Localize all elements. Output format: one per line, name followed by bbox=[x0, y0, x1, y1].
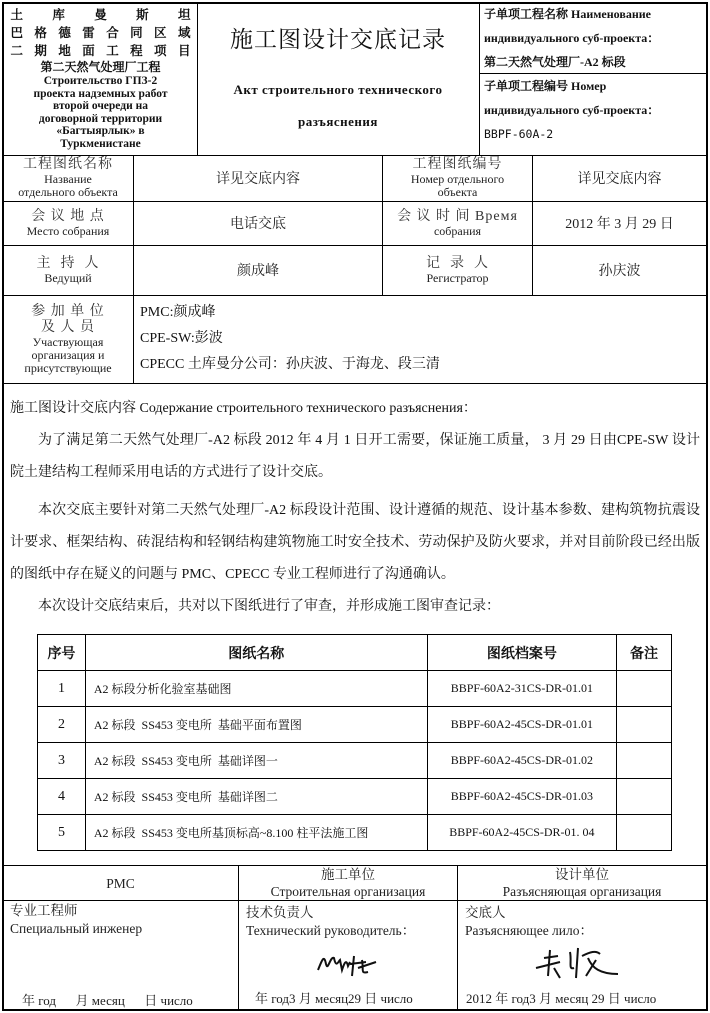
content-heading: 施工图设计交底内容 Содержание строительного техни… bbox=[10, 393, 700, 425]
participants-label: 参 加 单 位 及 人 员 Участвующая организация и … bbox=[3, 295, 133, 383]
meeting-time-label: 会 议 时 间 Время собрания bbox=[383, 201, 532, 245]
participant-entry: PMC:颜成峰 bbox=[140, 300, 440, 326]
host-value: 颜成峰 bbox=[134, 245, 382, 295]
cell-name: A2 标段 SS453 变电所 基础平面布置图 bbox=[85, 707, 427, 743]
project-cn-line3: 二 期 地 面 工 程 项 目 bbox=[11, 42, 191, 60]
char: 区 bbox=[154, 24, 167, 42]
cell-note bbox=[617, 671, 672, 707]
char: 库 bbox=[52, 6, 65, 24]
content-paragraph: 本次设计交底结束后，共对以下图纸进行了审查，并形成施工图审查记录： bbox=[10, 591, 700, 623]
table-row: 2 A2 标段 SS453 变电所 基础平面布置图 BBPF-60A2-45CS… bbox=[38, 707, 672, 743]
subproject-number-block: 子单项工程编号 Номер индивидуального суб-проект… bbox=[484, 74, 706, 146]
subproject-name-label: 子单项工程名称 Наименование bbox=[484, 2, 706, 26]
char: 期 bbox=[34, 42, 47, 60]
subproject-number-label: 子单项工程编号 Номер bbox=[484, 74, 706, 98]
char: 域 bbox=[178, 24, 191, 42]
drawing-name-label: 工程图纸名称 Название отдельного объекта bbox=[3, 155, 133, 201]
participant-entry: CPE-SW:彭波 bbox=[140, 326, 440, 352]
subproject-number-value: BBPF-60A-2 bbox=[484, 122, 706, 146]
cell-code: BBPF-60A2-31CS-DR-01.01 bbox=[427, 671, 616, 707]
subproject-number-label-ru: индивидуального суб-проекта： bbox=[484, 98, 706, 122]
design-org-header: 设计单位 Разъясняющая организация bbox=[458, 866, 706, 900]
char: 雷 bbox=[82, 24, 95, 42]
label-ru: присутствующие bbox=[24, 362, 111, 375]
document-title-cn: 施工图设计交底记录 bbox=[230, 21, 446, 54]
label-cn: 参 加 单 位 bbox=[31, 304, 105, 320]
label-cn: 工程图纸编号 bbox=[413, 157, 503, 173]
label-cn: 主 持 人 bbox=[37, 256, 100, 272]
table-row: 5 A2 标段 SS453 变电所基顶标高~8.100 柱平法施工图 BBPF-… bbox=[38, 815, 672, 851]
divider bbox=[479, 2, 480, 155]
recorder-label: 记 录 人 Регистратор bbox=[383, 245, 532, 295]
label-ru: Место собрания bbox=[27, 225, 110, 238]
document-title-ru-line2: разъяснения bbox=[298, 106, 378, 138]
char: 巴 bbox=[11, 24, 24, 42]
project-ru-line: проекта надземных работ bbox=[33, 88, 167, 101]
role-cn: 技术负责人 bbox=[246, 904, 456, 922]
cell-no: 1 bbox=[38, 671, 86, 707]
label-ru: объекта bbox=[438, 186, 478, 199]
header-cn: 施工单位 bbox=[321, 866, 375, 883]
drawings-table: 序号 图纸名称 图纸档案号 备注 1 A2 标段分析化验室基础图 BBPF-60… bbox=[37, 634, 672, 851]
document-title-ru-line1: Акт строительного технического bbox=[234, 74, 443, 106]
drawing-number-label: 工程图纸编号 Номер отдельного объекта bbox=[383, 155, 532, 201]
construction-signature-block: 技术负责人 Технический руководитель： bbox=[246, 904, 456, 940]
cell-note bbox=[617, 707, 672, 743]
char: 格 bbox=[34, 24, 47, 42]
project-ru-line: Туркменистане bbox=[60, 138, 140, 151]
char: 目 bbox=[178, 42, 191, 60]
label-cn: 会 议 地 点 bbox=[31, 209, 105, 225]
char: 德 bbox=[58, 24, 71, 42]
column-header-note: 备注 bbox=[617, 635, 672, 671]
pmc-signature-block: 专业工程师 Специальный инженер bbox=[10, 902, 235, 938]
cell-note bbox=[617, 779, 672, 815]
recorder-value: 孙庆波 bbox=[533, 245, 706, 295]
participant-entry: CPECC 土库曼分公司：孙庆波、于海龙、段三清 bbox=[140, 352, 440, 378]
drawing-number-value: 详见交底内容 bbox=[533, 155, 706, 201]
role-ru: Специальный инженер bbox=[10, 920, 235, 938]
project-ru-line: «Багтыярлык» в bbox=[56, 125, 144, 138]
label-ru: отдельного объекта bbox=[18, 186, 118, 199]
char: 项 bbox=[154, 42, 167, 60]
frame-right bbox=[706, 2, 708, 1010]
document-title-block: 施工图设计交底记录 Акт строительного технического… bbox=[198, 3, 478, 155]
table-row: 1 A2 标段分析化验室基础图 BBPF-60A2-31CS-DR-01.01 bbox=[38, 671, 672, 707]
construction-signature-image bbox=[310, 942, 385, 982]
cell-no: 4 bbox=[38, 779, 86, 815]
table-row: 3 A2 标段 SS453 变电所 基础详图一 BBPF-60A2-45CS-D… bbox=[38, 743, 672, 779]
column-header-no: 序号 bbox=[38, 635, 86, 671]
project-ru-line: Строительство ГПЗ-2 bbox=[44, 75, 157, 88]
briefing-content: 施工图设计交底内容 Содержание строительного техни… bbox=[10, 393, 700, 623]
role-ru: Технический руководитель： bbox=[246, 922, 456, 940]
cell-name: A2 标段 SS453 变电所 基础详图二 bbox=[85, 779, 427, 815]
char: 合 bbox=[106, 24, 119, 42]
host-label: 主 持 人 Ведущий bbox=[3, 245, 133, 295]
subproject-name-block: 子单项工程名称 Наименование индивидуального суб… bbox=[484, 2, 706, 74]
divider bbox=[2, 383, 708, 384]
cell-code: BBPF-60A2-45CS-DR-01.01 bbox=[427, 707, 616, 743]
char: 面 bbox=[82, 42, 95, 60]
role-cn: 交底人 bbox=[465, 904, 705, 922]
subproject-name-label-ru: индивидуального суб-проекта： bbox=[484, 26, 706, 50]
meeting-place-label: 会 议 地 点 Место собрания bbox=[3, 201, 133, 245]
header-cn: 设计单位 bbox=[555, 866, 609, 883]
char: 二 bbox=[11, 42, 24, 60]
label-ru: организация и bbox=[32, 349, 105, 362]
subproject-name-value: 第二天然气处理厂-A2 标段 bbox=[484, 50, 706, 74]
label-ru: собрания bbox=[434, 225, 481, 238]
project-ru-line: второй очереди на bbox=[53, 100, 148, 113]
design-signature-image bbox=[530, 938, 625, 983]
frame-left bbox=[2, 2, 4, 1010]
drawing-name-value: 详见交底内容 bbox=[134, 155, 382, 201]
label-ru: Регистратор bbox=[426, 272, 488, 285]
pmc-header: PMC bbox=[3, 866, 238, 900]
char: 地 bbox=[58, 42, 71, 60]
char: 程 bbox=[130, 42, 143, 60]
participants-list: PMC:颜成峰 CPE-SW:彭波 CPECC 土库曼分公司：孙庆波、于海龙、段… bbox=[140, 300, 440, 378]
column-header-name: 图纸名称 bbox=[85, 635, 427, 671]
char: 曼 bbox=[94, 6, 107, 24]
content-paragraph: 本次交底主要针对第二天然气处理厂-A2 标段设计范围、设计遵循的规范、设计基本参… bbox=[10, 495, 700, 591]
table-header-row: 序号 图纸名称 图纸档案号 备注 bbox=[38, 635, 672, 671]
cell-no: 5 bbox=[38, 815, 86, 851]
role-cn: 专业工程师 bbox=[10, 902, 235, 920]
design-signature-date: 2012 年 год3 月 месяц 29 日 число bbox=[466, 988, 656, 1007]
cell-no: 3 bbox=[38, 743, 86, 779]
design-signature-block: 交底人 Разъясняющее лило： bbox=[465, 904, 705, 940]
label-cn: 会 议 时 间 Время bbox=[397, 209, 518, 225]
content-paragraph: 为了满足第二天然气处理厂-A2 标段 2012 年 4 月 1 日开工需要，保证… bbox=[10, 425, 700, 489]
cell-note bbox=[617, 815, 672, 851]
cell-code: BBPF-60A2-45CS-DR-01.03 bbox=[427, 779, 616, 815]
cell-code: BBPF-60A2-45CS-DR-01. 04 bbox=[427, 815, 616, 851]
char: 同 bbox=[130, 24, 143, 42]
cell-code: BBPF-60A2-45CS-DR-01.02 bbox=[427, 743, 616, 779]
header-ru: Строительная организация bbox=[271, 883, 426, 900]
project-ru-line: договорной территории bbox=[39, 113, 162, 126]
char: 坦 bbox=[178, 6, 191, 24]
cell-name: A2 标段 SS453 变电所基顶标高~8.100 柱平法施工图 bbox=[85, 815, 427, 851]
label-cn: 及 人 员 bbox=[41, 320, 95, 336]
char: 工 bbox=[106, 42, 119, 60]
project-cn-line1: 土 库 曼 斯 坦 bbox=[11, 6, 191, 24]
label-cn: 记 录 人 bbox=[426, 256, 489, 272]
meeting-time-value: 2012 年 3 月 29 日 bbox=[533, 201, 706, 245]
project-cn-line2: 巴 格 德 雷 合 同 区 域 bbox=[11, 24, 191, 42]
cell-name: A2 标段 SS453 变电所 基础详图一 bbox=[85, 743, 427, 779]
cell-note bbox=[617, 743, 672, 779]
divider bbox=[2, 900, 708, 901]
meeting-place-value: 电话交底 bbox=[134, 201, 382, 245]
project-cn-line4: 第二天然气处理厂工程 bbox=[40, 60, 160, 75]
char: 土 bbox=[11, 6, 24, 24]
construction-org-header: 施工单位 Строительная организация bbox=[239, 866, 457, 900]
label-ru: Участвующая bbox=[33, 336, 104, 349]
project-title-block: 土 库 曼 斯 坦 巴 格 德 雷 合 同 区 域 二 期 地 面 工 程 项 … bbox=[4, 3, 197, 153]
cell-no: 2 bbox=[38, 707, 86, 743]
table-row: 4 A2 标段 SS453 变电所 基础详图二 BBPF-60A2-45CS-D… bbox=[38, 779, 672, 815]
cell-name: A2 标段分析化验室基础图 bbox=[85, 671, 427, 707]
header-ru: Разъясняющая организация bbox=[503, 883, 662, 900]
char: 斯 bbox=[136, 6, 149, 24]
construction-signature-date: 年 год3 月 месяц29 日 число bbox=[255, 988, 413, 1007]
label-cn: 工程图纸名称 bbox=[23, 157, 113, 173]
pmc-signature-date: 年 год 月 месяц 日 число bbox=[22, 990, 193, 1009]
column-header-code: 图纸档案号 bbox=[427, 635, 616, 671]
label-ru: Ведущий bbox=[44, 272, 91, 285]
frame-bottom bbox=[2, 1009, 708, 1011]
